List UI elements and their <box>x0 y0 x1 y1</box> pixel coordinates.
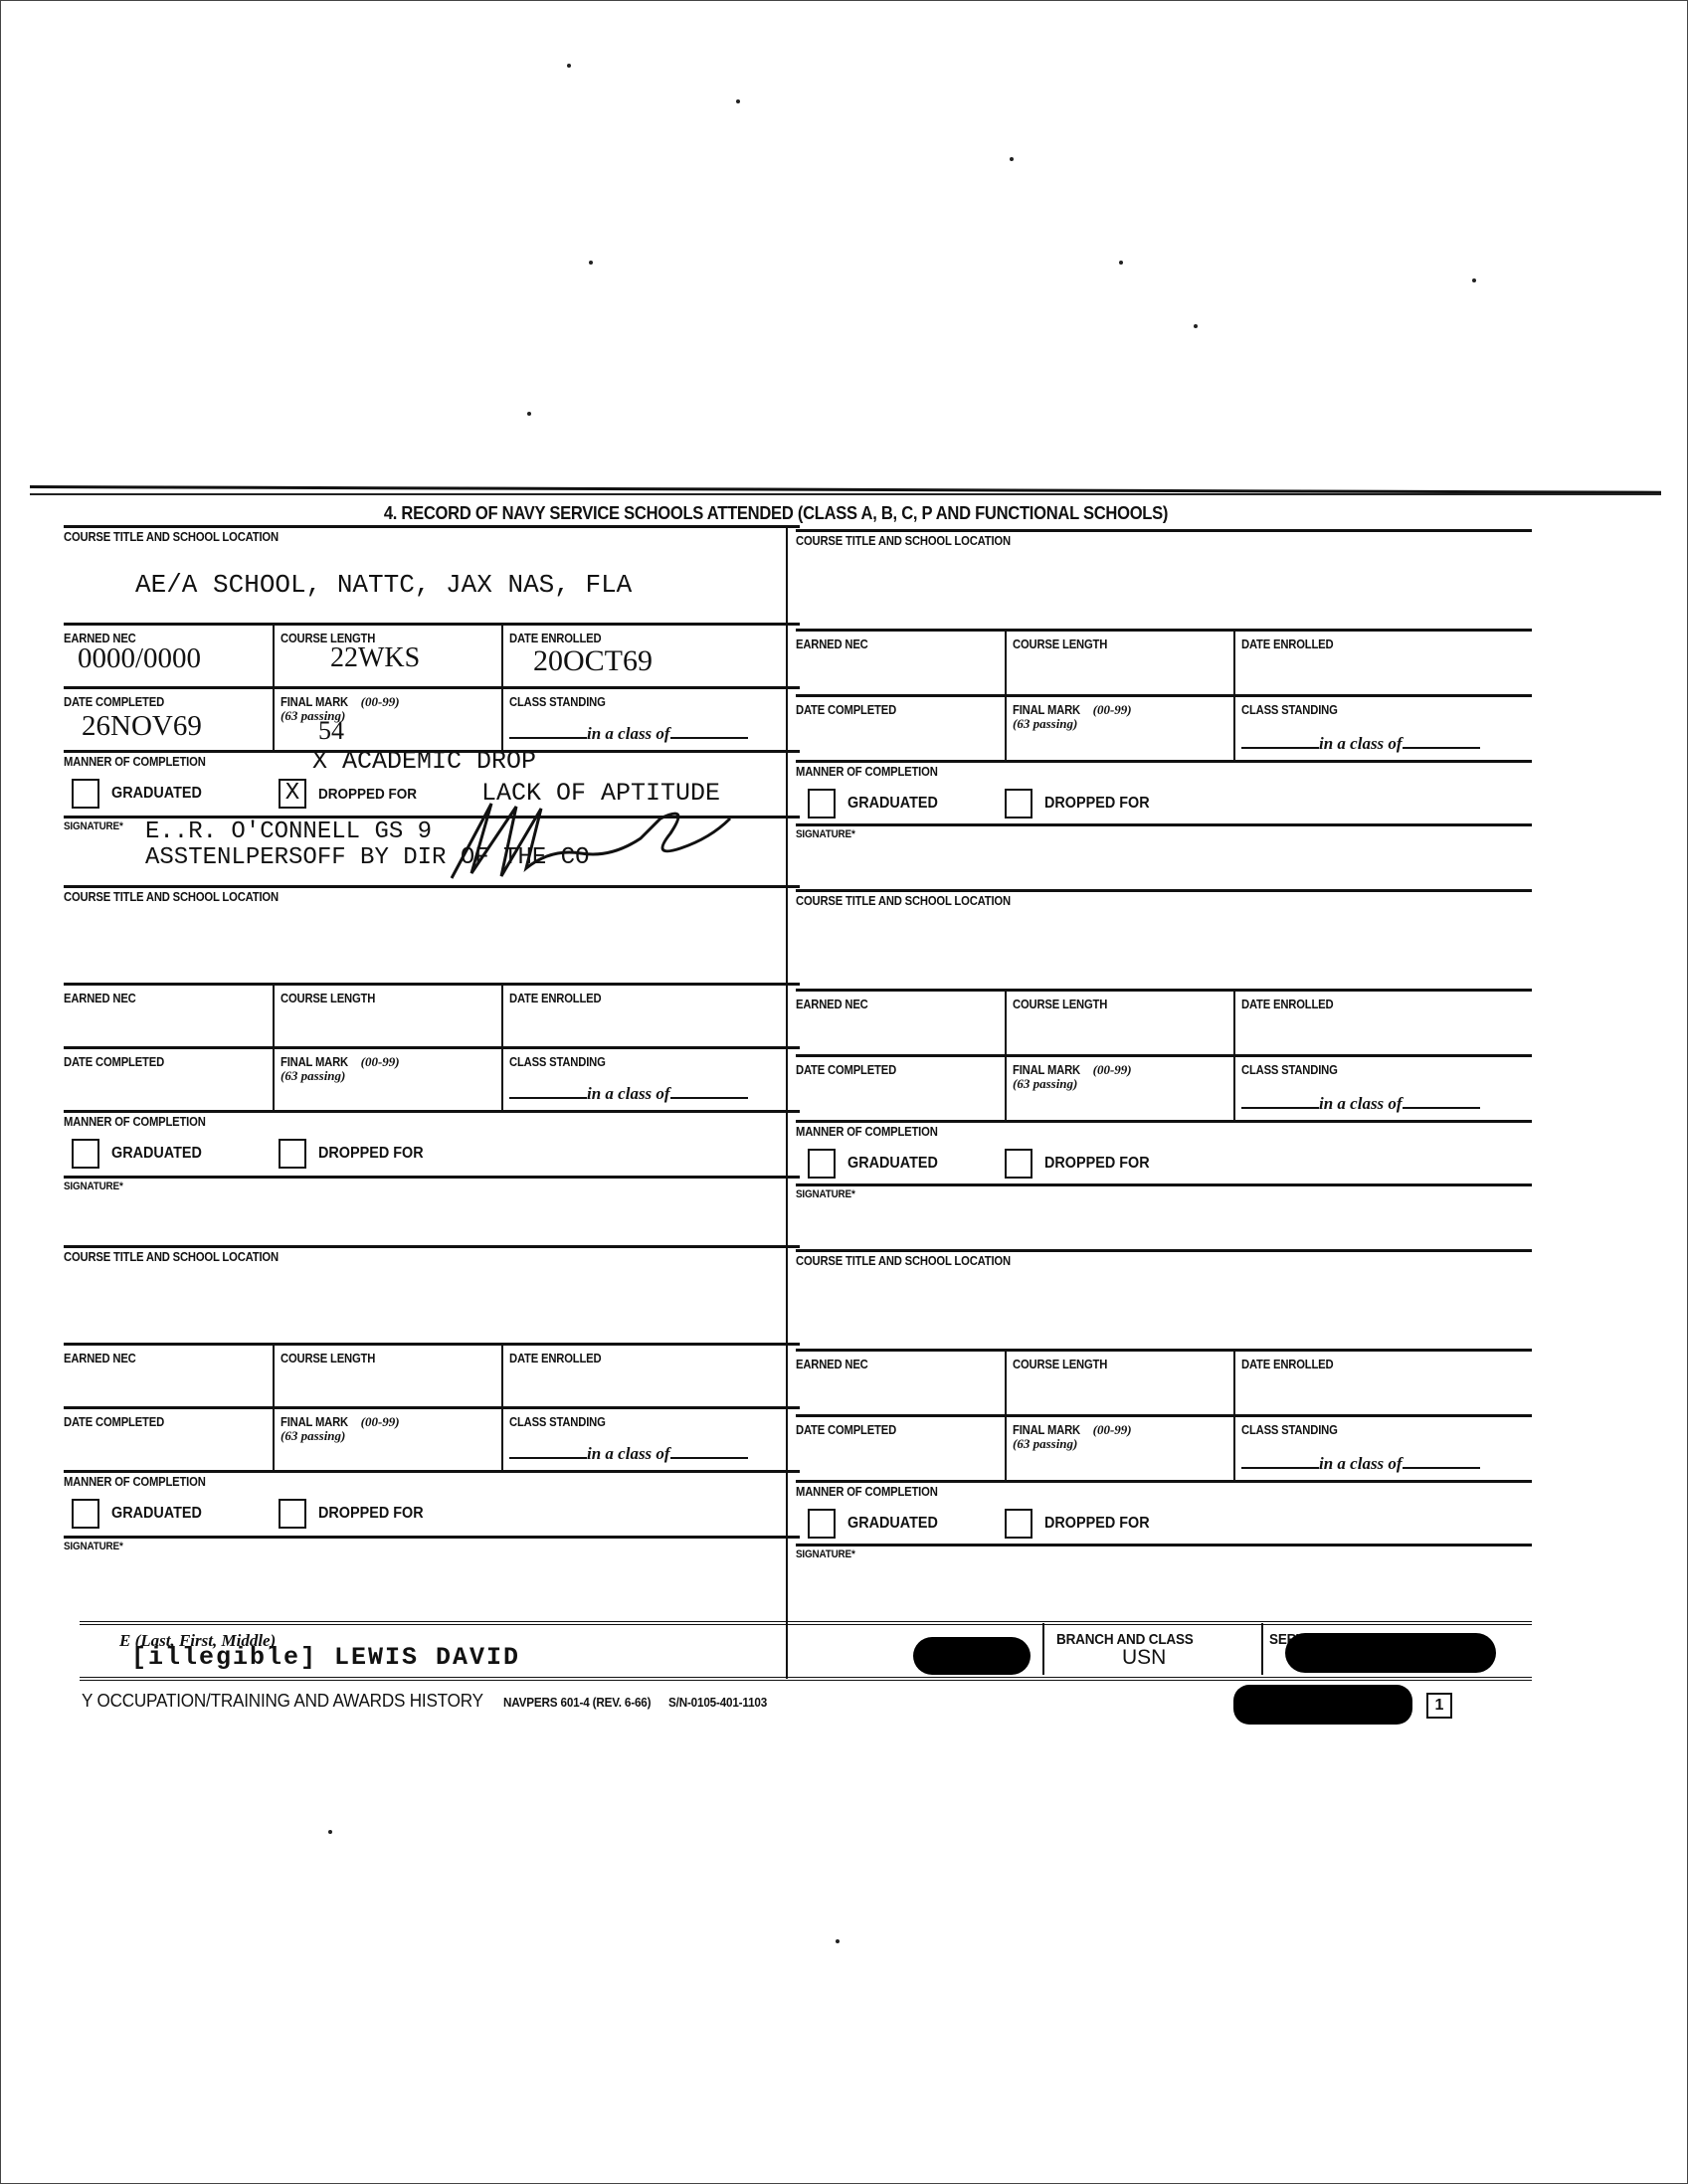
final-mark-cell[interactable]: FINAL MARK (00-99) (63 passing) <box>1005 1417 1233 1480</box>
course-length-label: COURSE LENGTH <box>1013 998 1107 1011</box>
dropped-checkbox[interactable] <box>279 1139 306 1169</box>
scan-speck <box>328 1830 332 1834</box>
graduated-option[interactable]: GRADUATED <box>72 1139 212 1169</box>
class-standing-cell[interactable]: CLASS STANDING in a class of <box>1233 697 1532 760</box>
class-standing-cell[interactable]: CLASS STANDING in a class of <box>501 689 800 750</box>
standing-blank[interactable] <box>1241 747 1319 749</box>
scan-speck <box>836 1939 840 1943</box>
course-length-label: COURSE LENGTH <box>1013 637 1107 651</box>
class-standing-label: CLASS STANDING <box>509 695 606 709</box>
course-length-cell[interactable]: COURSE LENGTH 22WKS <box>273 626 501 686</box>
date-enrolled-cell[interactable]: DATE ENROLLED <box>1233 1352 1532 1414</box>
redaction-mark <box>913 1637 1031 1675</box>
class-standing-label: CLASS STANDING <box>1241 1063 1338 1077</box>
course-title-label: COURSE TITLE AND SCHOOL LOCATION <box>64 890 279 904</box>
top-rule <box>30 493 1661 495</box>
dropped-checkbox[interactable]: X <box>279 779 306 809</box>
course-length-cell[interactable]: COURSE LENGTH <box>1005 632 1233 694</box>
final-mark-cell[interactable]: FINAL MARK (00-99) (63 passing) 54 <box>273 689 501 750</box>
nec-row: EARNED NEC COURSE LENGTH DATE ENROLLED <box>796 629 1532 694</box>
branch-cell[interactable]: BRANCH AND CLASS USN <box>1042 1623 1261 1675</box>
form-id-line: Y OCCUPATION/TRAINING AND AWARDS HISTORY… <box>82 1691 778 1712</box>
final-mark-label: FINAL MARK <box>281 1055 348 1069</box>
earned-nec-cell[interactable]: EARNED NEC <box>796 992 1005 1054</box>
scan-speck <box>1010 157 1014 161</box>
branch-value: USN <box>1122 1646 1261 1670</box>
date-enrolled-label: DATE ENROLLED <box>509 632 601 645</box>
dropped-option[interactable]: DROPPED FOR <box>1005 1509 1161 1539</box>
scan-speck <box>567 64 571 68</box>
school-entry: COURSE TITLE AND SCHOOL LOCATION EARNED … <box>64 885 800 1245</box>
class-standing-line: in a class of <box>509 1444 748 1464</box>
final-mark-range: (00-99) <box>1093 1062 1132 1077</box>
earned-nec-cell[interactable]: EARNED NEC 0000/0000 <box>64 626 273 686</box>
handwritten-signature-icon <box>432 799 760 888</box>
form-title: Y OCCUPATION/TRAINING AND AWARDS HISTORY <box>82 1691 483 1712</box>
class-size-blank[interactable] <box>1403 747 1480 749</box>
manner-row: MANNER OF COMPLETION GRADUATED DROPPED F… <box>796 1480 1532 1544</box>
course-length-label: COURSE LENGTH <box>281 632 375 645</box>
final-mark-cell[interactable]: FINAL MARK (00-99) (63 passing) <box>1005 1057 1233 1120</box>
final-mark-label: FINAL MARK <box>1013 1423 1080 1437</box>
course-length-cell[interactable]: COURSE LENGTH <box>273 1346 501 1406</box>
class-standing-line: in a class of <box>1241 734 1480 754</box>
standing-blank[interactable] <box>509 1457 587 1459</box>
course-title-value[interactable]: AE/A SCHOOL, NATTC, JAX NAS, FLA <box>135 570 632 600</box>
nec-row: EARNED NEC COURSE LENGTH DATE ENROLLED <box>796 989 1532 1054</box>
final-mark-cell[interactable]: FINAL MARK (00-99) (63 passing) <box>273 1049 501 1110</box>
dropped-option[interactable]: DROPPED FOR <box>1005 789 1161 819</box>
course-length-label: COURSE LENGTH <box>281 992 375 1005</box>
graduated-checkbox[interactable] <box>72 1499 99 1529</box>
form-number: NAVPERS 601-4 (REV. 6-66) <box>503 1695 651 1710</box>
date-enrolled-label: DATE ENROLLED <box>1241 1358 1333 1371</box>
class-standing-label: CLASS STANDING <box>1241 1423 1338 1437</box>
date-enrolled-cell[interactable]: DATE ENROLLED <box>501 1346 800 1406</box>
final-mark-passing: (63 passing) <box>1013 1078 1227 1090</box>
class-standing-cell[interactable]: CLASS STANDING in a class of <box>1233 1057 1532 1120</box>
graduated-option[interactable]: GRADUATED <box>72 1499 212 1529</box>
branch-label: BRANCH AND CLASS <box>1056 1631 1194 1648</box>
class-standing-line: in a class of <box>1241 1454 1480 1474</box>
final-mark-cell[interactable]: FINAL MARK (00-99) (63 passing) <box>1005 697 1233 760</box>
earned-nec-label: EARNED NEC <box>796 637 868 651</box>
manner-label: MANNER OF COMPLETION <box>64 755 206 769</box>
manner-row: MANNER OF COMPLETION GRADUATED DROPPED F… <box>796 1120 1532 1183</box>
date-enrolled-label: DATE ENROLLED <box>509 992 601 1005</box>
final-mark-cell[interactable]: FINAL MARK (00-99) (63 passing) <box>273 1409 501 1470</box>
final-mark-range: (00-99) <box>361 694 400 709</box>
final-mark-label: FINAL MARK <box>1013 703 1080 717</box>
course-title-row: COURSE TITLE AND SCHOOL LOCATION <box>796 529 1532 629</box>
course-title-label: COURSE TITLE AND SCHOOL LOCATION <box>64 1250 279 1264</box>
date-enrolled-cell[interactable]: DATE ENROLLED 20OCT69 <box>501 626 800 686</box>
date-enrolled-value: 20OCT69 <box>533 644 794 678</box>
class-size-blank[interactable] <box>1403 1107 1480 1109</box>
course-title-row: COURSE TITLE AND SCHOOL LOCATION <box>796 889 1532 989</box>
final-mark-passing: (63 passing) <box>281 1430 495 1442</box>
final-mark-label: FINAL MARK <box>281 1415 348 1429</box>
footer-rule-bottom <box>80 1677 1532 1681</box>
date-completed-label: DATE COMPLETED <box>64 1055 164 1069</box>
final-mark-range: (00-99) <box>1093 702 1132 717</box>
school-entry: COURSE TITLE AND SCHOOL LOCATION AE/A SC… <box>64 525 800 885</box>
class-standing-label: CLASS STANDING <box>509 1415 606 1429</box>
date-completed-cell[interactable]: DATE COMPLETED <box>64 1049 273 1110</box>
earned-nec-cell[interactable]: EARNED NEC <box>796 1352 1005 1414</box>
stock-number: S/N-0105-401-1103 <box>668 1695 767 1710</box>
date-completed-cell[interactable]: DATE COMPLETED <box>64 1409 273 1470</box>
earned-nec-label: EARNED NEC <box>64 992 136 1005</box>
final-mark-range: (00-99) <box>361 1054 400 1069</box>
nec-row: EARNED NEC 0000/0000 COURSE LENGTH 22WKS… <box>64 623 800 686</box>
name-value[interactable]: [illegible] LEWIS DAVID <box>131 1643 520 1672</box>
manner-label: MANNER OF COMPLETION <box>64 1475 206 1489</box>
course-title-label: COURSE TITLE AND SCHOOL LOCATION <box>64 530 279 544</box>
standing-blank[interactable] <box>1241 1107 1319 1109</box>
signature-label: SIGNATURE* <box>796 828 855 840</box>
dropped-checkbox[interactable] <box>279 1499 306 1529</box>
scan-speck <box>1194 324 1198 328</box>
date-completed-label: DATE COMPLETED <box>64 695 164 709</box>
class-standing-line: in a class of <box>509 724 748 744</box>
scan-speck <box>1119 261 1123 265</box>
manner-label: MANNER OF COMPLETION <box>796 765 938 779</box>
date-completed-label: DATE COMPLETED <box>796 1423 896 1437</box>
completion-row: DATE COMPLETED 26NOV69 FINAL MARK (00-99… <box>64 686 800 750</box>
course-title-row: COURSE TITLE AND SCHOOL LOCATION <box>64 885 800 983</box>
dropped-option[interactable]: DROPPED FOR <box>279 1139 435 1169</box>
course-title-label: COURSE TITLE AND SCHOOL LOCATION <box>796 1254 1011 1268</box>
course-length-label: COURSE LENGTH <box>281 1352 375 1365</box>
signature-label: SIGNATURE* <box>64 1541 123 1552</box>
manner-row: MANNER OF COMPLETION GRADUATED DROPPED F… <box>64 1110 800 1176</box>
class-standing-cell[interactable]: CLASS STANDING in a class of <box>501 1409 800 1470</box>
signature-label: SIGNATURE* <box>796 1548 855 1560</box>
graduated-option[interactable]: GRADUATED <box>808 789 948 819</box>
signature-row: SIGNATURE* E..R. O'CONNELL GS 9 ASSTENLP… <box>64 816 800 885</box>
dropped-checkbox[interactable] <box>1005 789 1032 819</box>
date-enrolled-cell[interactable]: DATE ENROLLED <box>1233 632 1532 694</box>
date-completed-value: 26NOV69 <box>82 710 267 743</box>
graduated-checkbox[interactable] <box>808 1149 836 1179</box>
earned-nec-cell[interactable]: EARNED NEC <box>64 1346 273 1406</box>
school-entry: COURSE TITLE AND SCHOOL LOCATION EARNED … <box>64 1245 800 1605</box>
date-completed-label: DATE COMPLETED <box>796 1063 896 1077</box>
earned-nec-label: EARNED NEC <box>796 998 868 1011</box>
redaction-mark <box>1285 1633 1496 1673</box>
signature-row: SIGNATURE* <box>796 1183 1532 1249</box>
graduated-option[interactable]: GRADUATED <box>808 1149 948 1179</box>
date-enrolled-cell[interactable]: DATE ENROLLED <box>1233 992 1532 1054</box>
graduated-checkbox[interactable] <box>808 1509 836 1539</box>
scan-speck <box>589 261 593 265</box>
final-mark-passing: (63 passing) <box>1013 1438 1227 1450</box>
scan-speck <box>1472 278 1476 282</box>
course-title-row: COURSE TITLE AND SCHOOL LOCATION <box>796 1249 1532 1349</box>
earned-nec-value: 0000/0000 <box>78 642 267 675</box>
nec-row: EARNED NEC COURSE LENGTH DATE ENROLLED <box>796 1349 1532 1414</box>
final-mark-range: (00-99) <box>1093 1422 1132 1437</box>
standing-blank[interactable] <box>509 1097 587 1099</box>
school-entry: COURSE TITLE AND SCHOOL LOCATION EARNED … <box>796 1249 1532 1609</box>
course-title-label: COURSE TITLE AND SCHOOL LOCATION <box>796 894 1011 908</box>
manner-row: MANNER OF COMPLETION GRADUATED DROPPED F… <box>64 1470 800 1536</box>
date-enrolled-label: DATE ENROLLED <box>509 1352 601 1365</box>
class-standing-cell[interactable]: CLASS STANDING in a class of <box>501 1049 800 1110</box>
graduated-option[interactable]: GRADUATED <box>808 1509 948 1539</box>
nec-row: EARNED NEC COURSE LENGTH DATE ENROLLED <box>64 983 800 1046</box>
signature-label: SIGNATURE* <box>64 820 123 832</box>
completion-row: DATE COMPLETED FINAL MARK (00-99) (63 pa… <box>64 1046 800 1110</box>
signature-row: SIGNATURE* <box>64 1536 800 1605</box>
date-enrolled-label: DATE ENROLLED <box>1241 998 1333 1011</box>
course-title-label: COURSE TITLE AND SCHOOL LOCATION <box>796 534 1011 548</box>
class-standing-label: CLASS STANDING <box>1241 703 1338 717</box>
signature-row: SIGNATURE* <box>796 823 1532 889</box>
standing-blank[interactable] <box>509 737 587 739</box>
signature-row: SIGNATURE* <box>64 1176 800 1245</box>
completion-row: DATE COMPLETED FINAL MARK (00-99) (63 pa… <box>64 1406 800 1470</box>
course-length-value: 22WKS <box>330 642 495 674</box>
completion-row: DATE COMPLETED FINAL MARK (00-99) (63 pa… <box>796 1414 1532 1480</box>
manner-label: MANNER OF COMPLETION <box>796 1125 938 1139</box>
dropped-checkbox[interactable] <box>1005 1509 1032 1539</box>
final-mark-passing: (63 passing) <box>281 1070 495 1082</box>
school-entry: COURSE TITLE AND SCHOOL LOCATION EARNED … <box>796 889 1532 1249</box>
manner-row: MANNER OF COMPLETION GRADUATED DROPPED F… <box>796 760 1532 823</box>
graduated-option[interactable]: GRADUATED <box>72 779 212 809</box>
completion-row: DATE COMPLETED FINAL MARK (00-99) (63 pa… <box>796 694 1532 760</box>
course-length-label: COURSE LENGTH <box>1013 1358 1107 1371</box>
nec-row: EARNED NEC COURSE LENGTH DATE ENROLLED <box>64 1343 800 1406</box>
date-completed-label: DATE COMPLETED <box>796 703 896 717</box>
date-completed-label: DATE COMPLETED <box>64 1415 164 1429</box>
final-mark-passing: (63 passing) <box>1013 718 1227 730</box>
signature-label: SIGNATURE* <box>64 1181 123 1192</box>
graduated-checkbox[interactable] <box>72 779 99 809</box>
signature-row: SIGNATURE* <box>796 1544 1532 1609</box>
class-size-blank[interactable] <box>670 737 748 739</box>
school-entry: COURSE TITLE AND SCHOOL LOCATION EARNED … <box>796 529 1532 889</box>
class-size-blank[interactable] <box>1403 1467 1480 1469</box>
dropped-option[interactable]: XDROPPED FOR <box>279 779 428 809</box>
course-length-cell[interactable]: COURSE LENGTH <box>1005 992 1233 1054</box>
completion-row: DATE COMPLETED FINAL MARK (00-99) (63 pa… <box>796 1054 1532 1120</box>
section-title: 4. RECORD OF NAVY SERVICE SCHOOLS ATTEND… <box>90 503 1462 524</box>
dropped-checkbox[interactable] <box>1005 1149 1032 1179</box>
signature-line1: E..R. O'CONNELL GS 9 <box>145 819 432 845</box>
dropped-option[interactable]: DROPPED FOR <box>279 1499 435 1529</box>
earned-nec-label: EARNED NEC <box>796 1358 868 1371</box>
manner-label: MANNER OF COMPLETION <box>796 1485 938 1499</box>
page-number-badge: 1 <box>1426 1693 1452 1719</box>
identity-row: E (Last, First, Middle) [illegible] LEWI… <box>80 1623 1532 1675</box>
class-standing-label: CLASS STANDING <box>509 1055 606 1069</box>
final-mark-label: FINAL MARK <box>1013 1063 1080 1077</box>
class-standing-line: in a class of <box>509 1084 748 1104</box>
manner-label: MANNER OF COMPLETION <box>64 1115 206 1129</box>
final-mark-label: FINAL MARK <box>281 695 348 709</box>
manner-note: X ACADEMIC DROP <box>312 747 536 776</box>
scan-speck <box>736 99 740 103</box>
course-title-row: COURSE TITLE AND SCHOOL LOCATION <box>64 1245 800 1343</box>
class-standing-line: in a class of <box>1241 1094 1480 1114</box>
course-title-row: COURSE TITLE AND SCHOOL LOCATION AE/A SC… <box>64 525 800 623</box>
date-completed-cell[interactable]: DATE COMPLETED <box>796 697 1005 760</box>
date-completed-cell[interactable]: DATE COMPLETED <box>796 1417 1005 1480</box>
standing-blank[interactable] <box>1241 1467 1319 1469</box>
earned-nec-cell[interactable]: EARNED NEC <box>64 986 273 1046</box>
class-size-blank[interactable] <box>670 1457 748 1459</box>
date-completed-cell[interactable]: DATE COMPLETED <box>796 1057 1005 1120</box>
graduated-checkbox[interactable] <box>72 1139 99 1169</box>
date-enrolled-label: DATE ENROLLED <box>1241 637 1333 651</box>
class-size-blank[interactable] <box>670 1097 748 1099</box>
earned-nec-label: EARNED NEC <box>64 1352 136 1365</box>
graduated-checkbox[interactable] <box>808 789 836 819</box>
redaction-mark <box>1233 1685 1412 1725</box>
earned-nec-cell[interactable]: EARNED NEC <box>796 632 1005 694</box>
earned-nec-label: EARNED NEC <box>64 632 136 645</box>
date-enrolled-cell[interactable]: DATE ENROLLED <box>501 986 800 1046</box>
dropped-option[interactable]: DROPPED FOR <box>1005 1149 1161 1179</box>
course-length-cell[interactable]: COURSE LENGTH <box>1005 1352 1233 1414</box>
signature-label: SIGNATURE* <box>796 1188 855 1200</box>
final-mark-range: (00-99) <box>361 1414 400 1429</box>
date-completed-cell[interactable]: DATE COMPLETED 26NOV69 <box>64 689 273 750</box>
course-length-cell[interactable]: COURSE LENGTH <box>273 986 501 1046</box>
class-standing-cell[interactable]: CLASS STANDING in a class of <box>1233 1417 1532 1480</box>
scan-speck <box>527 412 531 416</box>
